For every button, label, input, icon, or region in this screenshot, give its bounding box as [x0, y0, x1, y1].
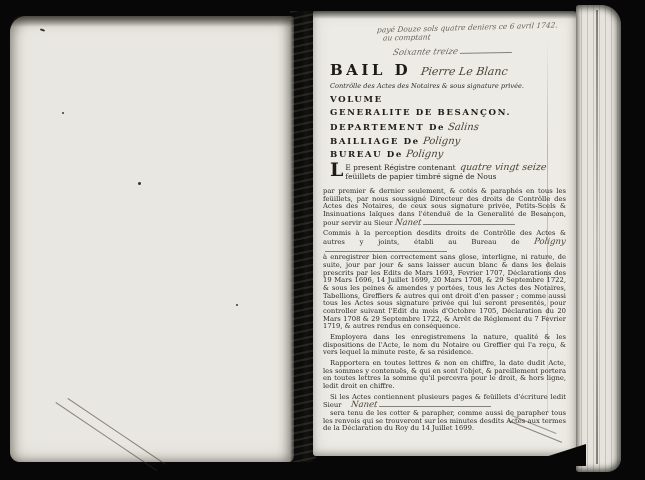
paragraph-text: Commis à la perception desdits droits de…: [323, 229, 566, 246]
handwritten-lessee-name: Pierre Le Blanc: [420, 65, 508, 78]
paragraph-amounts-in-letters: Rapportera en toutes lettres & non en ch…: [323, 360, 566, 391]
paper-speck: [236, 304, 238, 306]
drop-cap: L: [330, 163, 343, 178]
handwritten-fee-note-2: au comptant: [383, 32, 432, 42]
archival-scan: payé Douze sols quatre deniers ce 6 avri…: [0, 0, 645, 480]
page-edge-stack: [576, 5, 621, 472]
page-fold-line: [67, 398, 165, 465]
paper-speck: [62, 112, 64, 114]
register-lead: E present Régistre contenant: [345, 163, 455, 172]
printed-title-page: payé Douze sols quatre deniers ce 6 avri…: [313, 11, 578, 456]
left-blank-page: [10, 16, 294, 462]
register-tail: feüillets de papier timbré signé de Nous: [345, 172, 496, 181]
ruled-line: [423, 221, 515, 225]
page-fold-line: [55, 402, 157, 471]
paragraph-paraphing: Si les Actes contiennent plusieurs pages…: [323, 394, 566, 433]
ruled-line: [379, 403, 491, 407]
bailliage-value-handwritten: Poligny: [422, 136, 461, 147]
subtitle: Contrôlle des Actes des Notaires & sous …: [330, 82, 524, 90]
departement-label: DEPARTEMENT De: [330, 123, 445, 133]
paragraph-bureau-duties: Commis à la perception desdits droits de…: [323, 230, 566, 331]
title-row: BAIL D Pierre Le Blanc: [330, 60, 508, 79]
page-top-smudge: [10, 16, 294, 27]
page-title: BAIL D: [330, 61, 411, 79]
handwritten-clerk-name: Nanet: [343, 401, 377, 410]
folio-text: Soixante treize: [392, 47, 459, 58]
paper-speck: [138, 182, 141, 185]
departement-value-handwritten: Salins: [447, 122, 479, 133]
page-top-smudge: [313, 11, 578, 19]
register-declaration: L E present Régistre contenant quatre vi…: [330, 162, 564, 182]
handwritten-bureau-place: Poligny: [534, 238, 567, 247]
paragraph-text: à enregistrer bien correctement sans glo…: [323, 254, 566, 331]
generalite-line: GENERALITE DE BESANÇON.: [330, 108, 511, 118]
bureau-value-handwritten: Poligny: [405, 149, 444, 160]
volume-label: VOLUME: [330, 95, 383, 105]
paragraph-text: sera tenu de les cotter & parapher, comm…: [323, 410, 566, 433]
handwritten-clerk-name: Nanet: [394, 219, 421, 228]
ruled-line: [460, 49, 512, 54]
paragraph-registration-details: Employera dans les enregistremens la nat…: [323, 334, 566, 357]
handwritten-folio-count: quatre vingt seize: [459, 162, 547, 173]
departement-line: DEPARTEMENT DeSalins: [330, 122, 479, 133]
regulations-body: par premier & dernier seulement, & cotés…: [323, 188, 566, 436]
handwritten-folio-note: Soixante treize: [392, 46, 512, 58]
bailliage-line: BAILLIAGE DePoligny: [330, 136, 460, 147]
paper-speck: [40, 28, 45, 32]
bailliage-label: BAILLIAGE De: [330, 137, 420, 147]
paragraph-commission: par premier & dernier seulement, & cotés…: [323, 188, 566, 227]
bureau-line: BUREAU DePoligny: [330, 149, 443, 160]
ruled-line: [325, 248, 447, 252]
